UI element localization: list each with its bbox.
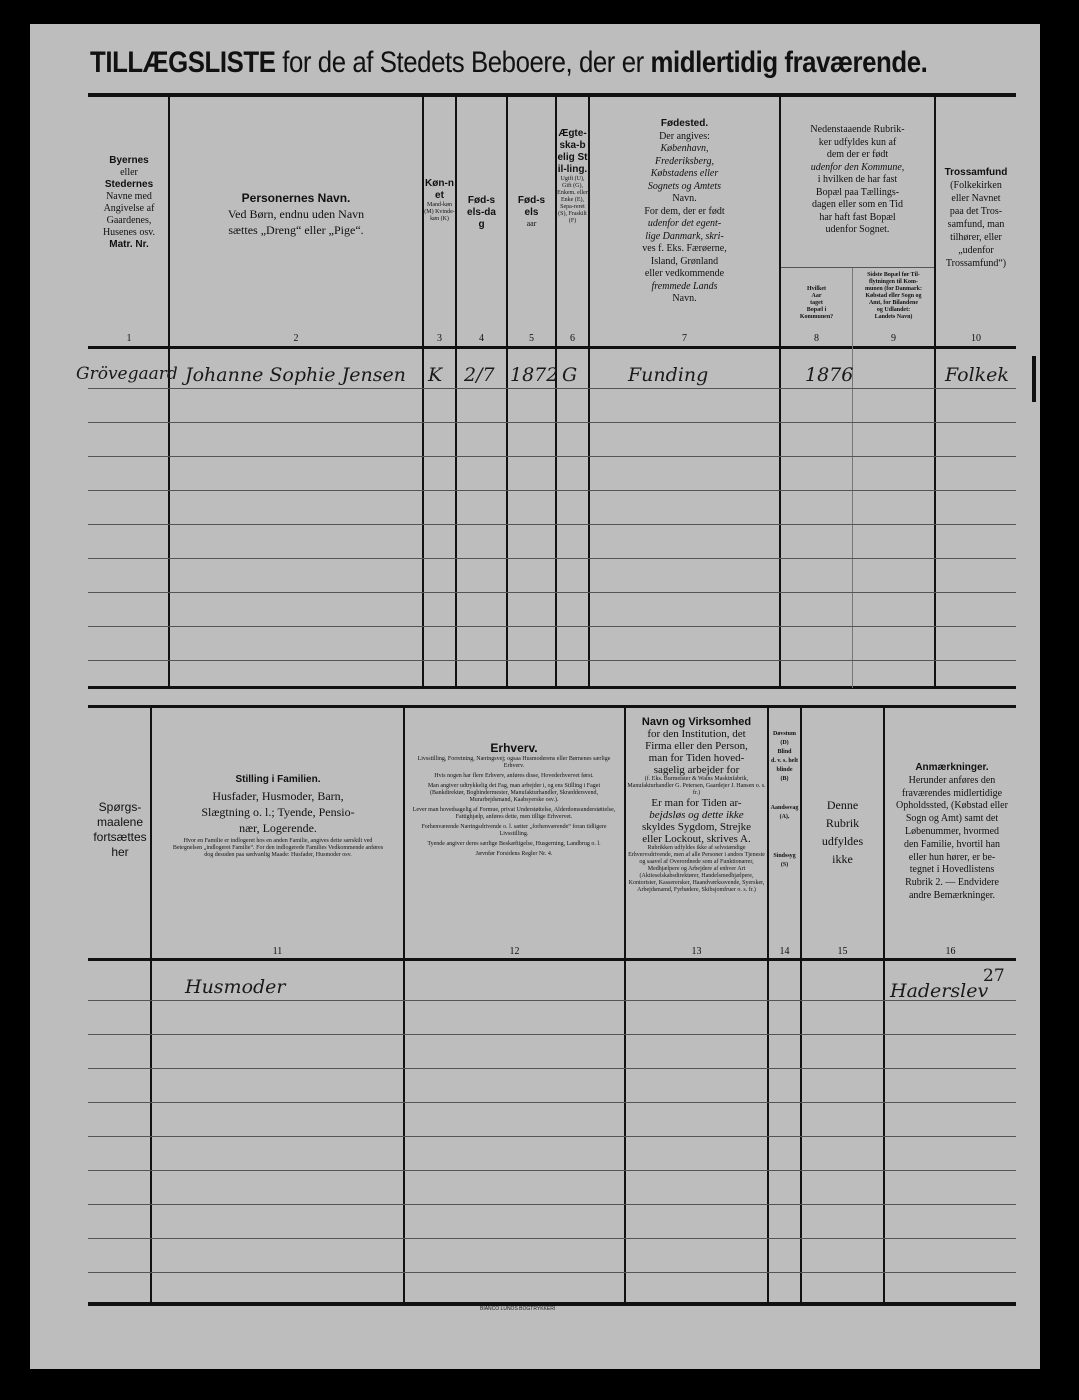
cell-religion: Folkek (945, 364, 1009, 386)
column-number: 3 (424, 333, 455, 344)
header-text: Husenes osv. (90, 227, 168, 239)
header-col-2: Personernes Navn. Ved Børn, endnu uden N… (170, 190, 422, 238)
header-text: Island, Grønland (590, 256, 779, 269)
header-bottom-rule (88, 346, 1016, 349)
header-title: Fød-sels-dag (467, 195, 497, 231)
col-divider (624, 708, 626, 1304)
column-number: 2 (170, 333, 422, 344)
cell-remarks-note: 27 (983, 966, 1005, 986)
column-number: 15 (802, 946, 883, 957)
header-text: dagen eller som en Tid (781, 199, 934, 212)
title-bold-start: TILLÆGSLISTE (90, 46, 275, 79)
header-title: Køn-net (424, 178, 455, 202)
row-rule (88, 1034, 1016, 1035)
header-text: aar (508, 219, 555, 229)
top-rule (88, 93, 1016, 97)
header-text: og Udlandet: (853, 307, 934, 314)
header-col-3: Køn-net Mand-køn (M) Kvinde-køn (K) (424, 178, 455, 223)
header-text: „udenfor (936, 244, 1016, 257)
header-note: Lever man hovedsagelig af Formue, privat… (410, 807, 618, 821)
header-text: Husfader, Husmoder, Barn, (158, 788, 398, 804)
header-text: (A), (769, 813, 800, 822)
header-text: nær, Logerende. (158, 820, 398, 836)
header-text: (Folkekirken (936, 179, 1016, 192)
header-note: Hvor en Familie er indlogeret hos en and… (158, 836, 398, 859)
col-divider (883, 708, 885, 1304)
header-text: Bopæl i (781, 307, 852, 314)
column-number: 8 (781, 333, 852, 344)
header-text: Ved Børn, endnu uden Navn (170, 206, 422, 222)
row-rule (88, 1068, 1016, 1069)
header-col-15: Denne Rubrik udfyldes ikke (802, 796, 883, 868)
cell-birthplace: Funding (628, 364, 708, 386)
header-col-6: Ægte-ska-belig Stil-ling. Ugift (U), Gif… (557, 128, 588, 225)
column-number: 9 (853, 333, 934, 344)
header-col-1: Byernes eller Stedernes Navne med Angive… (90, 155, 168, 251)
header-title: Ægte-ska-belig Stil-ling. (557, 128, 588, 176)
cell-sex: K (428, 364, 442, 386)
margin-mark (1032, 356, 1036, 402)
row-rule (88, 456, 1016, 457)
header-text: tilhører, eller (936, 231, 1016, 244)
header-text: Hvilket (781, 286, 852, 293)
header-text: For dem, der er født (590, 206, 779, 219)
header-continued: Spørgs- maalene fortsættes her (90, 800, 150, 860)
header-text: Matr. Nr. (90, 239, 168, 251)
header-text: har haft fast Bopæl (781, 212, 934, 225)
column-number: 14 (769, 946, 800, 957)
header-text: lige Danmark, skri- (590, 231, 779, 244)
cell-marital-status: G (562, 364, 577, 386)
header-text: Købstadens eller (590, 168, 779, 181)
header-col-8: Hvilket Aar taget Bopæl i Kommunen? (781, 286, 852, 321)
row-rule (88, 1204, 1016, 1205)
header-text: Blind (769, 748, 800, 757)
header-text: fortsættes (90, 830, 150, 845)
header-note: Livsstilling, Forretning, Næringsvej; og… (410, 756, 618, 770)
header-note: Forhenværende Næringsdrivende o. l. sætt… (410, 824, 618, 838)
header-text: fremmede Lands (590, 281, 779, 294)
form-title: TILLÆGSLISTE for de af Stedets Beboere, … (90, 46, 890, 86)
row-rule (88, 524, 1016, 525)
cell-remarks: Haderslev (890, 980, 988, 1002)
header-text: eller hun hører, er be- (888, 852, 1016, 865)
row-rule (88, 626, 1016, 627)
header-text: Rubrik 2. — Endvidere (888, 877, 1016, 890)
header-note: Hvis nogen har flere Erhverv, anføres di… (410, 773, 618, 780)
header-text: Navn og Virksomhed (627, 716, 766, 728)
header-text: (D) (769, 739, 800, 748)
header-text: Sidste Bopæl før Til- (853, 272, 934, 279)
header-note: Man angiver udtrykkelig det Fag, man arb… (410, 783, 618, 804)
header-note: Tyende angiver deres særlige Beskæftigel… (410, 841, 618, 848)
column-number: 12 (405, 946, 624, 957)
upper-table-bottom-rule (88, 686, 1016, 689)
header-text: Købstad eller Sogn og (853, 293, 934, 300)
header-col-11: Stilling i Familien. Husfader, Husmoder,… (158, 772, 398, 859)
lower-table-top-rule (88, 705, 1016, 708)
header-text: Opholdssted, (Købstad eller (888, 800, 1016, 813)
header-text: ikke (802, 850, 883, 868)
header-text: udenfor Sognet. (781, 224, 934, 237)
header-text: Landets Navn) (853, 314, 934, 321)
title-middle: for de af Stedets Beboere, der er (275, 46, 650, 79)
header-col-13: Navn og Virksomhed for den Institution, … (627, 716, 766, 894)
row-rule (88, 388, 1016, 389)
header-text: Slægtning o. l.; Tyende, Pensio- (158, 804, 398, 820)
header-text: andre Bemærkninger. (888, 890, 1016, 903)
row-rule (88, 1000, 1016, 1001)
header-text: d. v. s. helt (769, 757, 800, 766)
header-col-4: Fød-sels-dag (457, 195, 506, 231)
header-text: eller Navnet (936, 192, 1016, 205)
header-text: Denne (802, 796, 883, 814)
col-divider (506, 96, 508, 688)
header-text: Angivelse af (90, 203, 168, 215)
header-text: Døvstum (769, 730, 800, 739)
header-text: Gaardenes, (90, 215, 168, 227)
header-text: ker udfyldes kun af (781, 137, 934, 150)
subheader-rule (781, 267, 934, 268)
header-col-16: Anmærkninger. Herunder anføres den fravæ… (888, 762, 1016, 903)
row-rule (88, 1238, 1016, 1239)
row-rule (88, 592, 1016, 593)
column-number: 1 (90, 333, 168, 344)
header-note: Rubrikken udfyldes ikke af selvstændige … (627, 845, 766, 894)
header-col-12: Erhverv. Livsstilling, Forretning, Nærin… (410, 740, 618, 858)
cell-person-name: Johanne Sophie Jensen (185, 364, 406, 386)
col-divider (150, 708, 152, 1304)
header-note: (f. Eks. Burmeister & Wains Maskinfabrik… (627, 776, 766, 797)
col-divider-thin (852, 268, 853, 688)
header-text: Sindssyg (769, 852, 800, 861)
header-text: København, (590, 143, 779, 156)
header-title: Erhverv. (410, 740, 618, 756)
column-number: 11 (152, 946, 403, 957)
header-text: Er man for Tiden ar- (627, 797, 766, 809)
header-text: fraværendes midlertidige (888, 788, 1016, 801)
header-title: Fødested. (590, 118, 779, 131)
header-text: Aar (781, 293, 852, 300)
header-text: Amt, for Bilandene (853, 300, 934, 307)
header-text: sagelig arbejder for (627, 764, 766, 776)
header-text: skyldes Sygdom, Strejke (627, 821, 766, 833)
cell-birthday: 2/7 (464, 364, 495, 386)
header-text: sættes „Dreng“ eller „Pige“. (170, 222, 422, 238)
cell-place: Grövegaard (76, 364, 178, 384)
header-text: Byernes (90, 155, 168, 167)
column-number: 16 (885, 946, 1016, 957)
lower-header-bottom-rule (88, 958, 1016, 961)
title-bold-end: midlertidig fraværende. (651, 46, 928, 79)
header-text: ves f. Eks. Færøerne, (590, 243, 779, 256)
header-text: (B) (769, 775, 800, 784)
printer-imprint: BIANCO LUNOS BOGTRYKKERI (480, 1306, 555, 1312)
row-rule (88, 422, 1016, 423)
header-text: eller Lockout, skrives A. (627, 833, 766, 845)
col-divider (455, 96, 457, 688)
header-text: udenfor det egent- (590, 218, 779, 231)
header-text: i hvilken de har fast (781, 174, 934, 187)
col-divider (403, 708, 405, 1304)
column-number: 10 (936, 333, 1016, 344)
header-text: munen (for Danmark: (853, 286, 934, 293)
header-text: (S) (769, 861, 800, 870)
header-col-5: Fød-sels aar (508, 195, 555, 229)
header-text: Kommunen? (781, 314, 852, 321)
header-text: Stedernes (90, 179, 168, 191)
header-text: flytningen til Kom- (853, 279, 934, 286)
column-number: 6 (557, 333, 588, 344)
header-text: bejdsløs og dette ikke (627, 809, 766, 821)
header-text: Navne med (90, 191, 168, 203)
header-col-10: Trossamfund (Folkekirken eller Navnet pa… (936, 166, 1016, 270)
header-col-8-9-group: Nedenstaaende Rubrik- ker udfyldes kun a… (781, 124, 934, 237)
header-text: eller (90, 167, 168, 179)
header-text: Ugift (U), Gift (G), Enkem. eller Enke (… (557, 176, 588, 225)
header-text: paa det Tros- (936, 205, 1016, 218)
row-rule (88, 558, 1016, 559)
column-number: 4 (457, 333, 506, 344)
header-text: Navn. (590, 293, 779, 306)
header-text: Sognets og Amtets (590, 181, 779, 194)
row-rule (88, 660, 1016, 661)
cell-birthyear: 1872 (510, 364, 558, 386)
header-text: Nedenstaaende Rubrik- (781, 124, 934, 137)
header-col-9: Sidste Bopæl før Til- flytningen til Kom… (853, 272, 934, 321)
header-text: Navn. (590, 193, 779, 206)
header-col-14: Døvstum (D) Blind d. v. s. helt blinde (… (769, 730, 800, 870)
header-text: den Familie, hvortil han (888, 839, 1016, 852)
header-text: Sogn og Amt) samt det (888, 813, 1016, 826)
header-text: blinde (769, 766, 800, 775)
row-rule (88, 490, 1016, 491)
row-rule (88, 1102, 1016, 1103)
header-text: Aandssvag (769, 804, 800, 813)
cell-family-position: Husmoder (185, 976, 286, 998)
header-text: udfyldes (802, 832, 883, 850)
row-rule (88, 1136, 1016, 1137)
cell-year-taken: 1876 (805, 364, 853, 386)
header-title: Trossamfund (936, 166, 1016, 179)
header-note: Jævnfør Forsidens Regler Nr. 4. (410, 851, 618, 858)
header-text: dem der er født (781, 149, 934, 162)
header-text: Frederiksberg, (590, 156, 779, 169)
header-text: Herunder anføres den (888, 775, 1016, 788)
header-text: Rubrik (802, 814, 883, 832)
header-text: eller vedkommende (590, 268, 779, 281)
header-text: samfund, man (936, 218, 1016, 231)
col-divider (168, 96, 170, 688)
header-text: Trossamfund“) (936, 257, 1016, 270)
header-title: Personernes Navn. (170, 190, 422, 206)
header-text: man for Tiden hoved- (627, 752, 766, 764)
header-text: her (90, 845, 150, 860)
column-number: 5 (508, 333, 555, 344)
header-text: tegnet i Hovedlistens (888, 864, 1016, 877)
header-text: Der angives: (590, 131, 779, 144)
header-text: udenfor den Kommune, (781, 162, 934, 175)
column-number: 7 (590, 333, 779, 344)
header-text: for den Institution, det (627, 728, 766, 740)
row-rule (88, 1170, 1016, 1171)
header-text: taget (781, 300, 852, 307)
header-text: Bopæl paa Tællings- (781, 187, 934, 200)
row-rule (88, 1272, 1016, 1273)
header-text: Firma eller den Person, (627, 740, 766, 752)
header-title: Stilling i Familien. (158, 772, 398, 788)
header-text: Mand-køn (M) Kvinde-køn (K) (424, 202, 455, 223)
header-title: Fød-sels (517, 195, 547, 219)
column-number: 13 (626, 946, 767, 957)
header-title: Anmærkninger. (888, 762, 1016, 775)
header-text: Løbenummer, hvormed (888, 826, 1016, 839)
header-text: Spørgs- (90, 800, 150, 815)
header-col-7: Fødested. Der angives: København, Freder… (590, 118, 779, 306)
header-text: maalene (90, 815, 150, 830)
